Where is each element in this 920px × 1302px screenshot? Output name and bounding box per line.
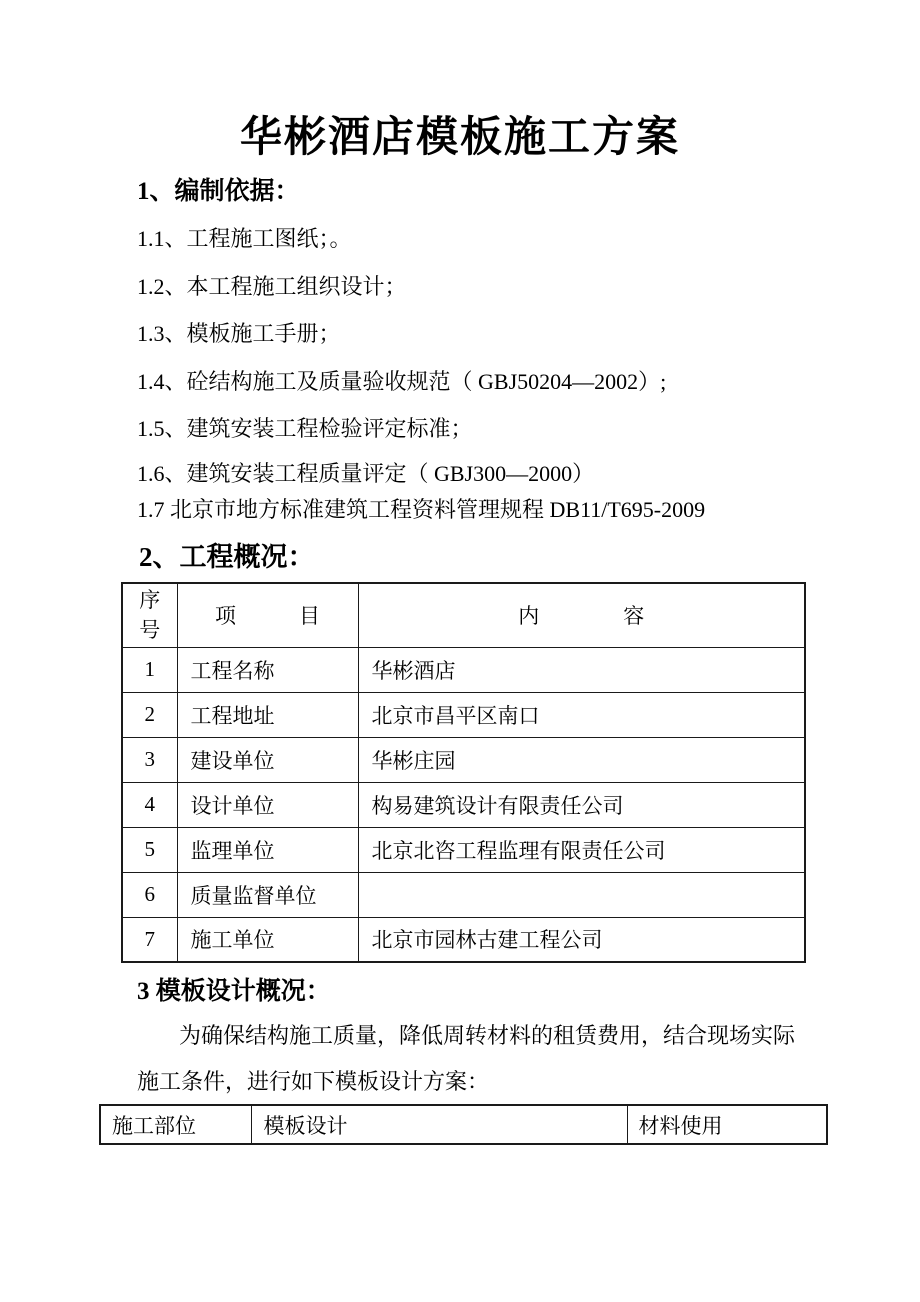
cell-no: 6 [122,872,177,917]
project-overview-table: 序号 项 目 内 容 1 工程名称 华彬酒店 2 工程地址 北京市昌平区南口 3… [121,582,806,963]
cell-no: 7 [122,917,177,962]
list-item-1-2: 1.2、本工程施工组织设计； [137,270,407,301]
section-2-heading: 2、工程概况： [139,535,315,574]
header-formwork-design: 模板设计 [251,1105,627,1144]
table-row: 2 工程地址 北京市昌平区南口 [122,692,805,737]
cell-item: 施工单位 [177,917,358,962]
header-item: 项 目 [177,583,358,647]
list-item-1-4: 1.4、砼结构施工及质量验收规范（ GBJ50204—2002）; [137,365,666,396]
cell-item: 工程地址 [177,692,358,737]
cell-content [358,872,805,917]
table-row: 1 工程名称 华彬酒店 [122,647,805,692]
table-row: 7 施工单位 北京市园林古建工程公司 [122,917,805,962]
section-1-heading: 1、编制依据： [137,171,300,207]
cell-content: 构易建筑设计有限责任公司 [358,782,805,827]
list-item-1-6: 1.6、建筑安装工程质量评定（ GBJ300—2000） [137,457,594,488]
cell-no: 3 [122,737,177,782]
header-content: 内 容 [358,583,805,647]
cell-no: 1 [122,647,177,692]
cell-no: 4 [122,782,177,827]
cell-item: 质量监督单位 [177,872,358,917]
cell-content: 北京市园林古建工程公司 [358,917,805,962]
header-construction-part: 施工部位 [100,1105,251,1144]
list-item-1-3: 1.3、模板施工手册； [137,317,341,348]
paragraph-line-1: 为确保结构施工质量，降低周转材料的租赁费用，结合现场实际 [179,1019,795,1050]
paragraph-line-2: 施工条件，进行如下模板设计方案： [137,1065,489,1096]
cell-item: 监理单位 [177,827,358,872]
table-row: 4 设计单位 构易建筑设计有限责任公司 [122,782,805,827]
cell-item: 工程名称 [177,647,358,692]
table-row: 6 质量监督单位 [122,872,805,917]
section-3-heading: 3 模板设计概况： [137,971,331,1007]
cell-item: 设计单位 [177,782,358,827]
table-row: 3 建设单位 华彬庄园 [122,737,805,782]
document-page: 华彬酒店模板施工方案 1、编制依据： 1.1、工程施工图纸；。 1.2、本工程施… [0,0,920,1302]
header-serial-number: 序号 [122,583,177,647]
formwork-design-table: 施工部位 模板设计 材料使用 [99,1104,828,1145]
document-title: 华彬酒店模板施工方案 [0,104,920,164]
header-material-use: 材料使用 [627,1105,827,1144]
cell-content: 华彬庄园 [358,737,805,782]
list-item-1-1: 1.1、工程施工图纸；。 [137,222,352,253]
table-header-row: 施工部位 模板设计 材料使用 [100,1105,827,1144]
cell-no: 2 [122,692,177,737]
cell-item: 建设单位 [177,737,358,782]
table-row: 5 监理单位 北京北咨工程监理有限责任公司 [122,827,805,872]
cell-no: 5 [122,827,177,872]
cell-content: 北京北咨工程监理有限责任公司 [358,827,805,872]
list-item-1-7: 1.7 北京市地方标准建筑工程资料管理规程 DB11/T695-2009 [137,493,705,524]
cell-content: 北京市昌平区南口 [358,692,805,737]
table-header-row: 序号 项 目 内 容 [122,583,805,647]
list-item-1-5: 1.5、建筑安装工程检验评定标准； [137,412,473,443]
cell-content: 华彬酒店 [358,647,805,692]
